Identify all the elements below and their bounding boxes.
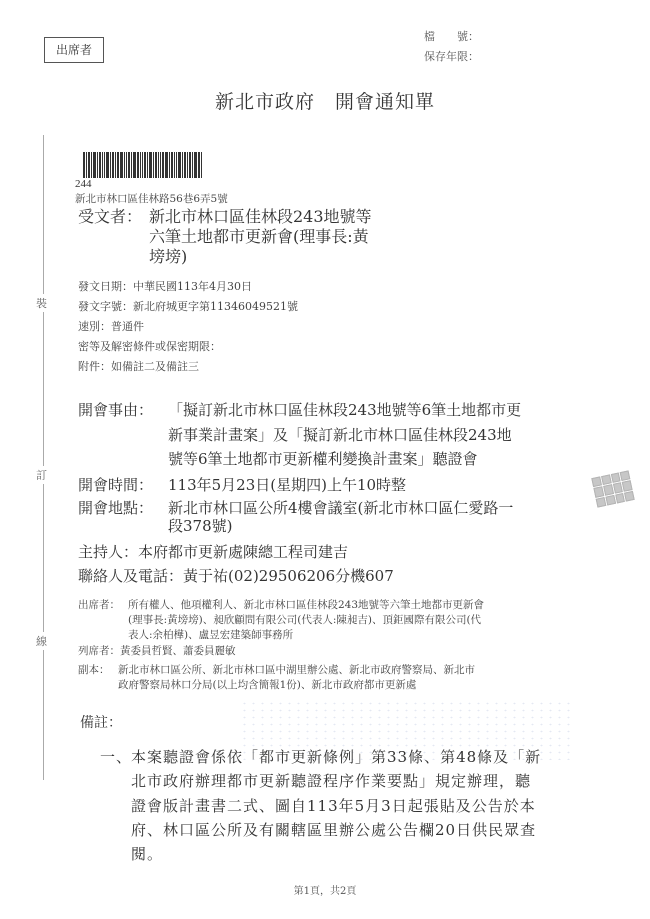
copies-line: 新北市林口區公所、新北市林口區中湖里辦公處、新北市政府警察局、新北市 [118,662,475,677]
retention-period-label: 保存年限： [424,48,479,64]
meeting-reason-line: 號等6筆土地都市更新權利變換計畫案」聽證會 [168,448,478,469]
notes-item-line: 證會版計畫書二式、圖自113年5月3日起張貼及公告於本 [131,795,536,816]
meeting-host: 主持人：本府都市更新處陳總工程司建吉 [78,541,348,562]
notes-item-line: 府、林口區公所及有關轄區里辦公處公告欄20日供民眾查 [131,819,536,840]
meeting-time-label: 開會時間： [78,474,153,495]
attendee-copy-box: 出席者 [44,37,104,63]
observers: 列席者：黃委員哲賢、蕭委員麗敏 [78,643,236,658]
recipient-label: 受文者： [78,204,142,227]
binding-char-xian: 線 [36,632,47,650]
issue-date: 發文日期：中華民國113年4月30日 [78,278,252,294]
attachments: 附件：如備註二及備註三 [78,358,199,374]
meeting-place-label: 開會地點： [78,497,153,518]
notes-item-line: 本案聽證會係依「都市更新條例」第33條、第48條及「新 [131,746,541,767]
meeting-reason-line: 新事業計畫案」及「擬訂新北市林口區佳林段243地 [168,424,512,445]
contact-person: 聯絡人及電話：黃于祐(02)29506206分機607 [78,565,394,586]
document-title: 新北市政府 開會通知單 [0,87,650,114]
binding-char-ding: 訂 [36,466,47,484]
meeting-reason-label: 開會事由： [78,399,153,420]
notes-item-marker: 一、 [100,746,132,767]
recipient-line: 塝塝) [149,244,187,267]
confidentiality: 密等及解密條件或保密期限： [78,338,221,354]
attendees-line: 表人:余柏樺)、盧昱宏建築師事務所 [128,627,293,642]
notes-item-line: 北市政府辦理都市更新聽證程序作業要點」規定辦理，聽 [131,770,531,791]
attendees-line: 所有權人、他項權利人、新北市林口區佳林段243地號等六筆土地都市更新會 [128,597,484,612]
attendees-label: 出席者： [78,597,120,612]
meeting-time: 113年5月23日(星期四)上午10時整 [168,474,406,495]
seal-stamp [591,470,634,507]
meeting-place-line: 段378號) [168,515,232,536]
notes-label: 備註： [80,712,122,732]
copies-label: 副本： [78,662,110,677]
document-number: 發文字號：新北府城更字第11346049521號 [78,298,298,314]
binding-char-zhuang: 裝 [36,294,47,312]
binding-line [43,135,44,780]
meeting-reason-line: 「擬訂新北市林口區佳林段243地號等6筆土地都市更 [168,399,521,420]
notes-item-line: 閱。 [131,843,163,864]
postal-code: 244 [75,178,92,190]
file-number-label: 檔 號： [424,28,479,44]
attendees-line: (理事長:黃塝塝)、昶欣顧問有限公司(代表人:陳昶吉)、頂鉅國際有限公司(代 [128,612,481,627]
page-indicator: 第1頁，共2頁 [0,882,650,897]
delivery-speed: 速別：普通件 [78,318,144,334]
barcode [83,152,229,178]
copies-line: 政府警察局林口分局(以上均含簡報1份)、新北市政府都市更新處 [118,677,416,692]
